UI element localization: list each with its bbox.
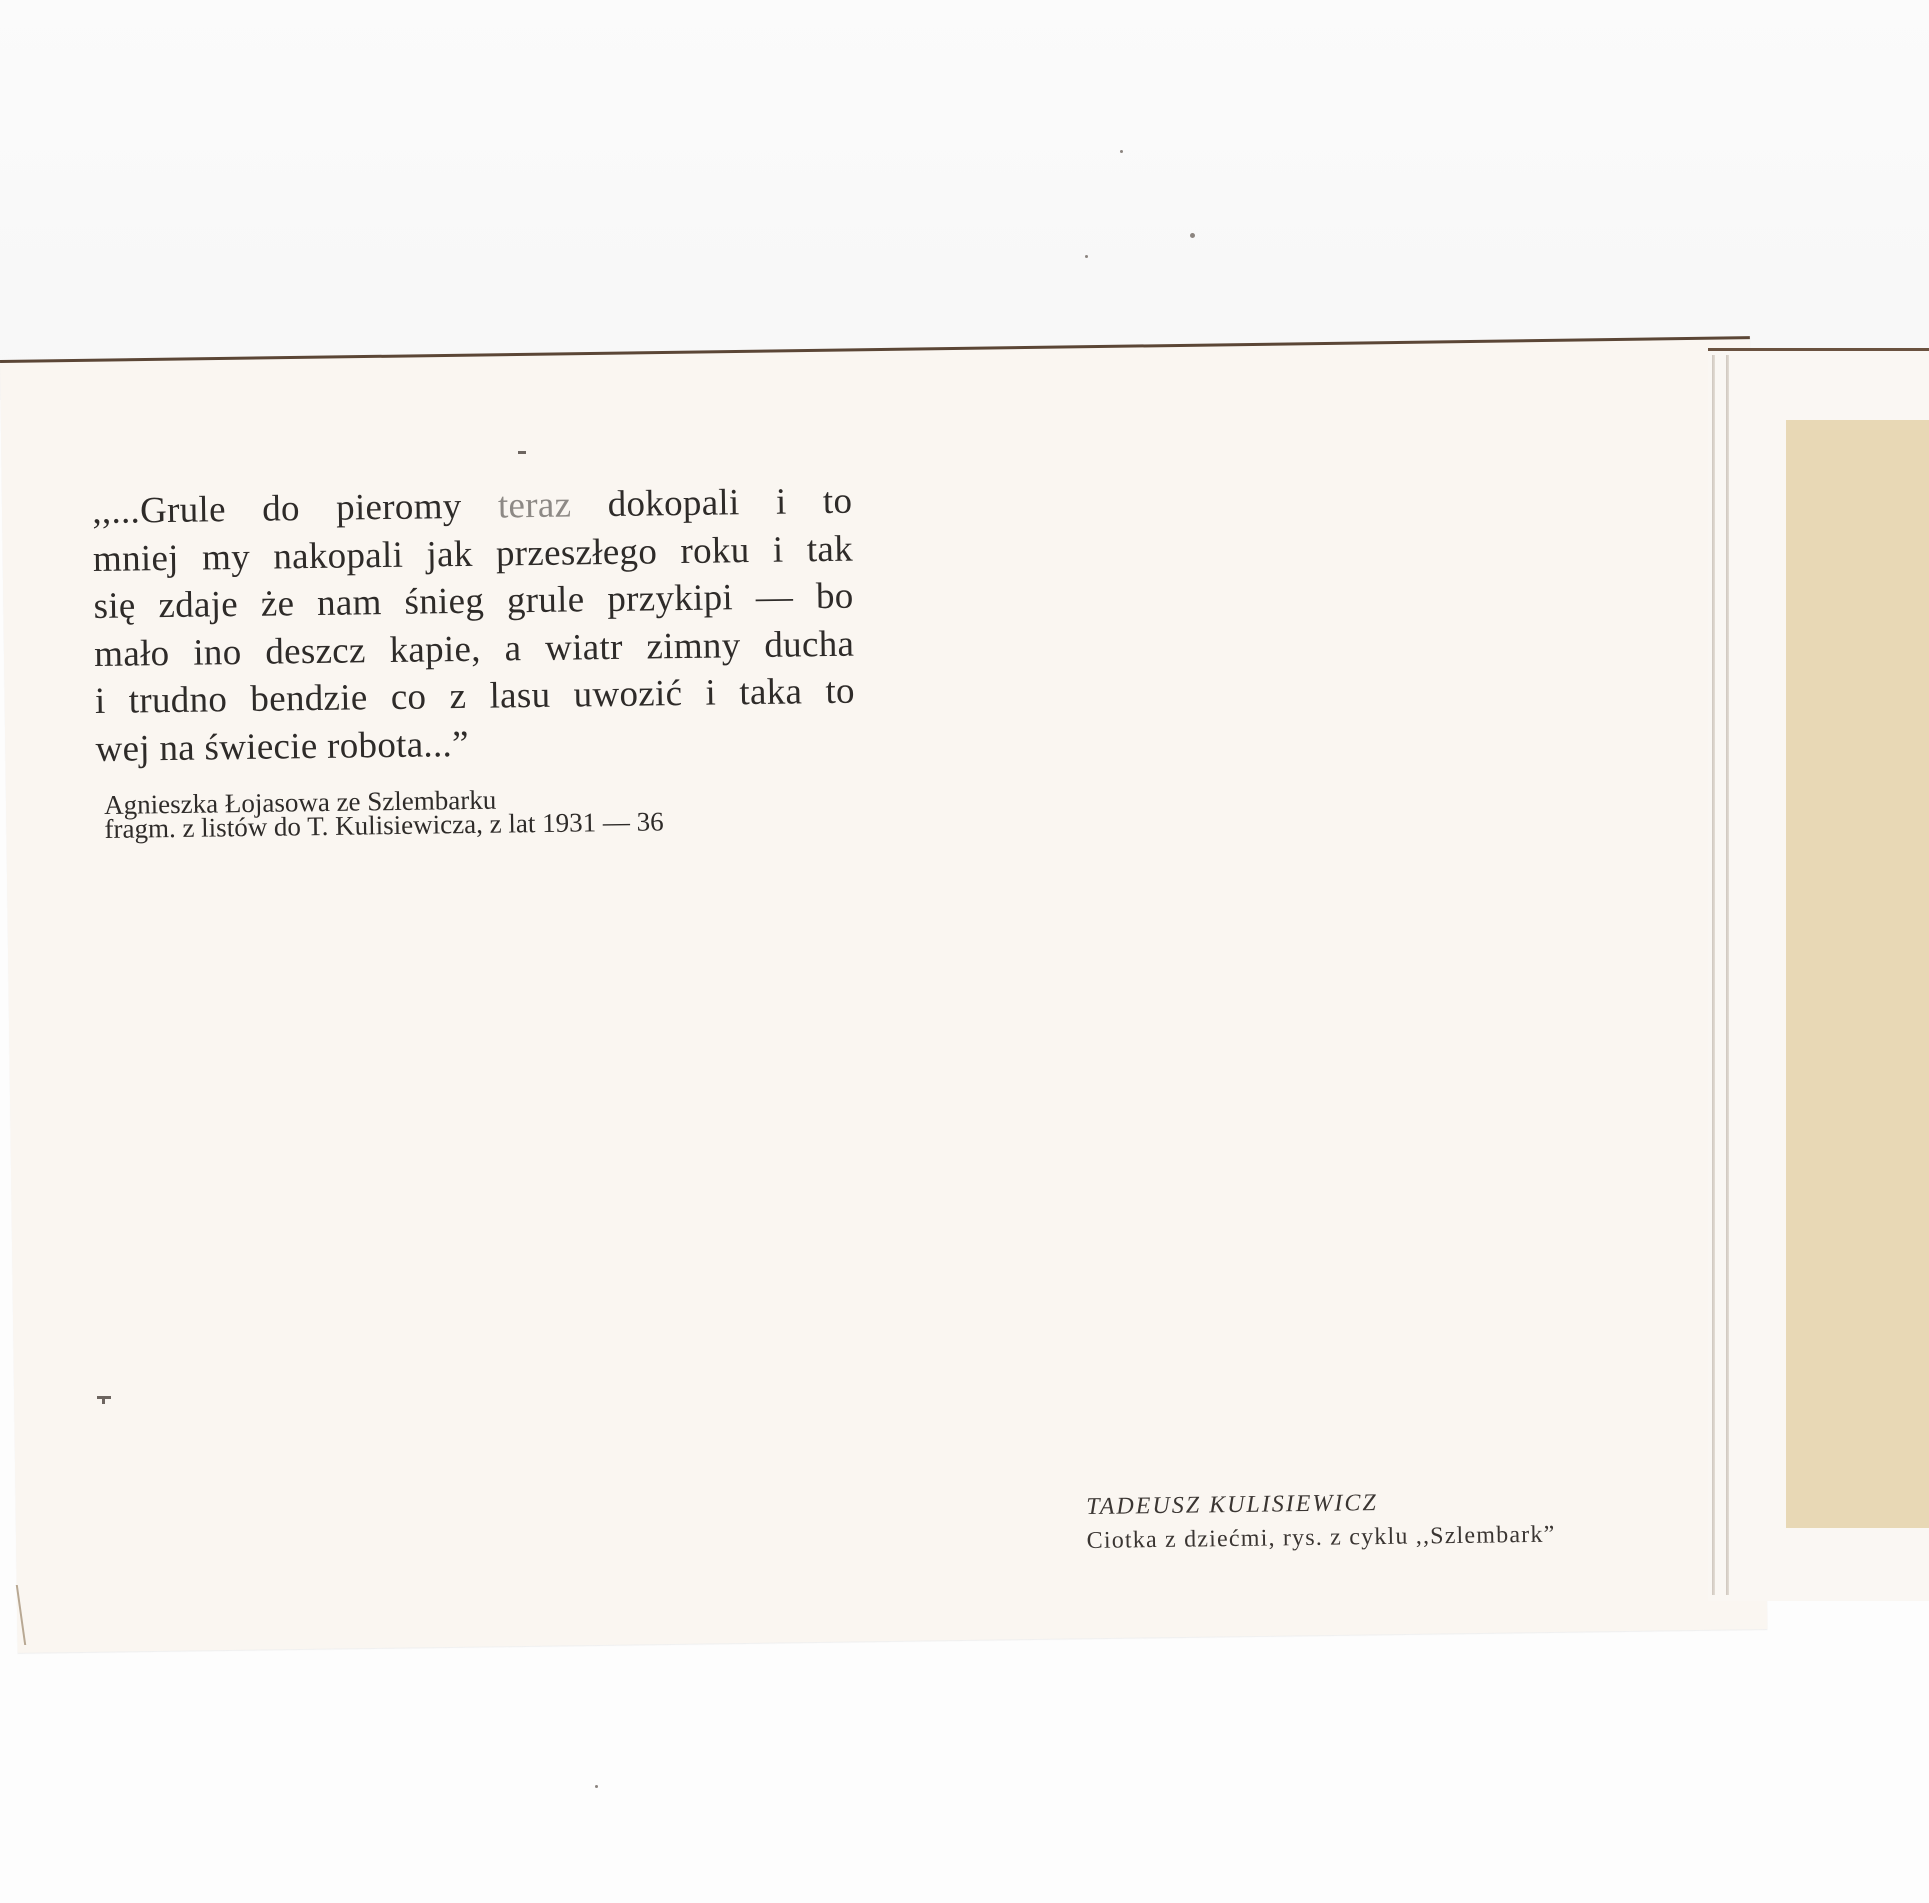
- quote-attribution: Agnieszka Łojasowa ze Szlembarku fragm. …: [104, 785, 664, 841]
- quote-text: ,,...Grule do pieromy teraz dokopali i t…: [92, 478, 856, 773]
- printer-mark: [97, 1396, 111, 1399]
- paper-speck: [595, 1785, 598, 1788]
- artwork-caption: TADEUSZ KULISIEWICZ Ciotka z dziećmi, ry…: [1086, 1484, 1556, 1558]
- fold-crease: [1712, 355, 1715, 1595]
- paper-speck: [1085, 255, 1088, 258]
- fold-crease: [1726, 355, 1729, 1595]
- ochre-print-panel: [1786, 420, 1929, 1528]
- printer-mark: [518, 451, 526, 454]
- artwork-title: Ciotka z dziećmi, rys. z cyklu ,,Szlemba…: [1086, 1518, 1555, 1558]
- attribution-source: fragm. z listów do T. Kulisiewicza, z la…: [104, 809, 663, 841]
- paper-speck: [1190, 233, 1195, 238]
- paper-speck: [1120, 150, 1123, 153]
